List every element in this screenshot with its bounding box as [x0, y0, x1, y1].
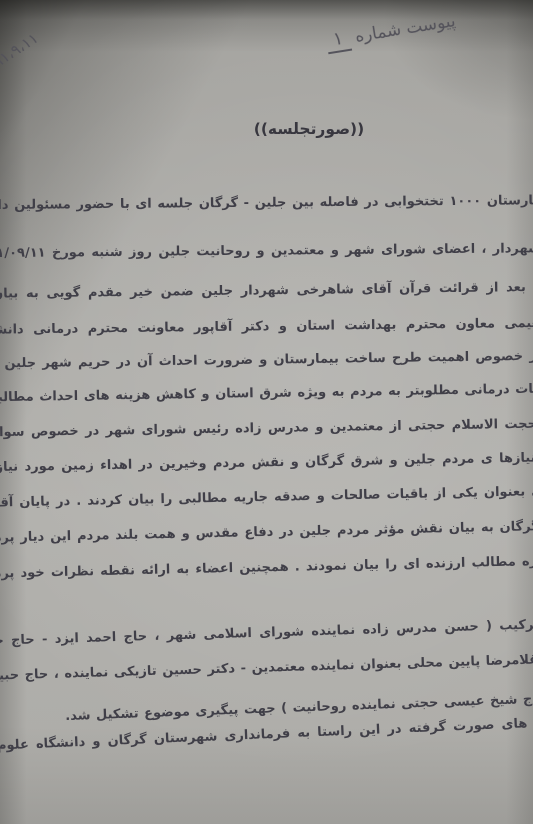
document-line: نداری گرگان به بیان نقش مؤثر مردم جلین د…: [0, 516, 533, 552]
document-line: ن امری بعنوان یکی از باقیات صالحات و صدق…: [0, 481, 533, 517]
attachment-note-label: پیوست شماره: [353, 11, 456, 47]
attachment-note-number: ۱: [324, 27, 351, 54]
handwritten-date: ۱۳۹۱،۹،۱۱: [0, 29, 41, 80]
document-line: ترم ، شهردار ، اعضای شورای شهر و معتمدین…: [0, 239, 533, 267]
scanned-document-page: ۱۳۹۱،۹،۱۱ پیوست شماره ۱ ((صورتجلسه)) خت …: [0, 0, 533, 824]
document-line: خت بیمارستان ۱۰۰۰ تختخوابی در فاصله بین …: [0, 191, 533, 219]
document-line: حجت الاسلام حجتی از معتمدین و مدرس زاده …: [0, 415, 533, 446]
handwritten-attachment-note: پیوست شماره ۱: [324, 10, 457, 54]
document-line: گردید . بعد از قرائت قرآن آقای شاهرخی شه…: [0, 277, 533, 307]
document-line: ین پروژه مطالب ارزنده ای را بیان نمودند …: [0, 551, 533, 588]
document-line: ائه خدمات درمانی مطلوبتر به مردم به ویژه…: [0, 379, 533, 411]
document-line: و حاج غلامرضا پایین محلی بعنوان نماینده …: [0, 649, 533, 690]
document-line: ترکیب ( حسن مدرس زاده نماینده شورای اسلا…: [0, 615, 533, 655]
document-line: دکتر نعیمی معاون محترم بهداشت استان و دک…: [0, 313, 533, 343]
document-title: ((صورتجلسه)): [0, 120, 533, 138]
document-line: کی از نیازها ی مردم جلین و شرق گرگان و ن…: [0, 448, 533, 481]
document-line: رازی در خصوص اهمیت طرح ساخت بیمارستان و …: [0, 346, 533, 377]
